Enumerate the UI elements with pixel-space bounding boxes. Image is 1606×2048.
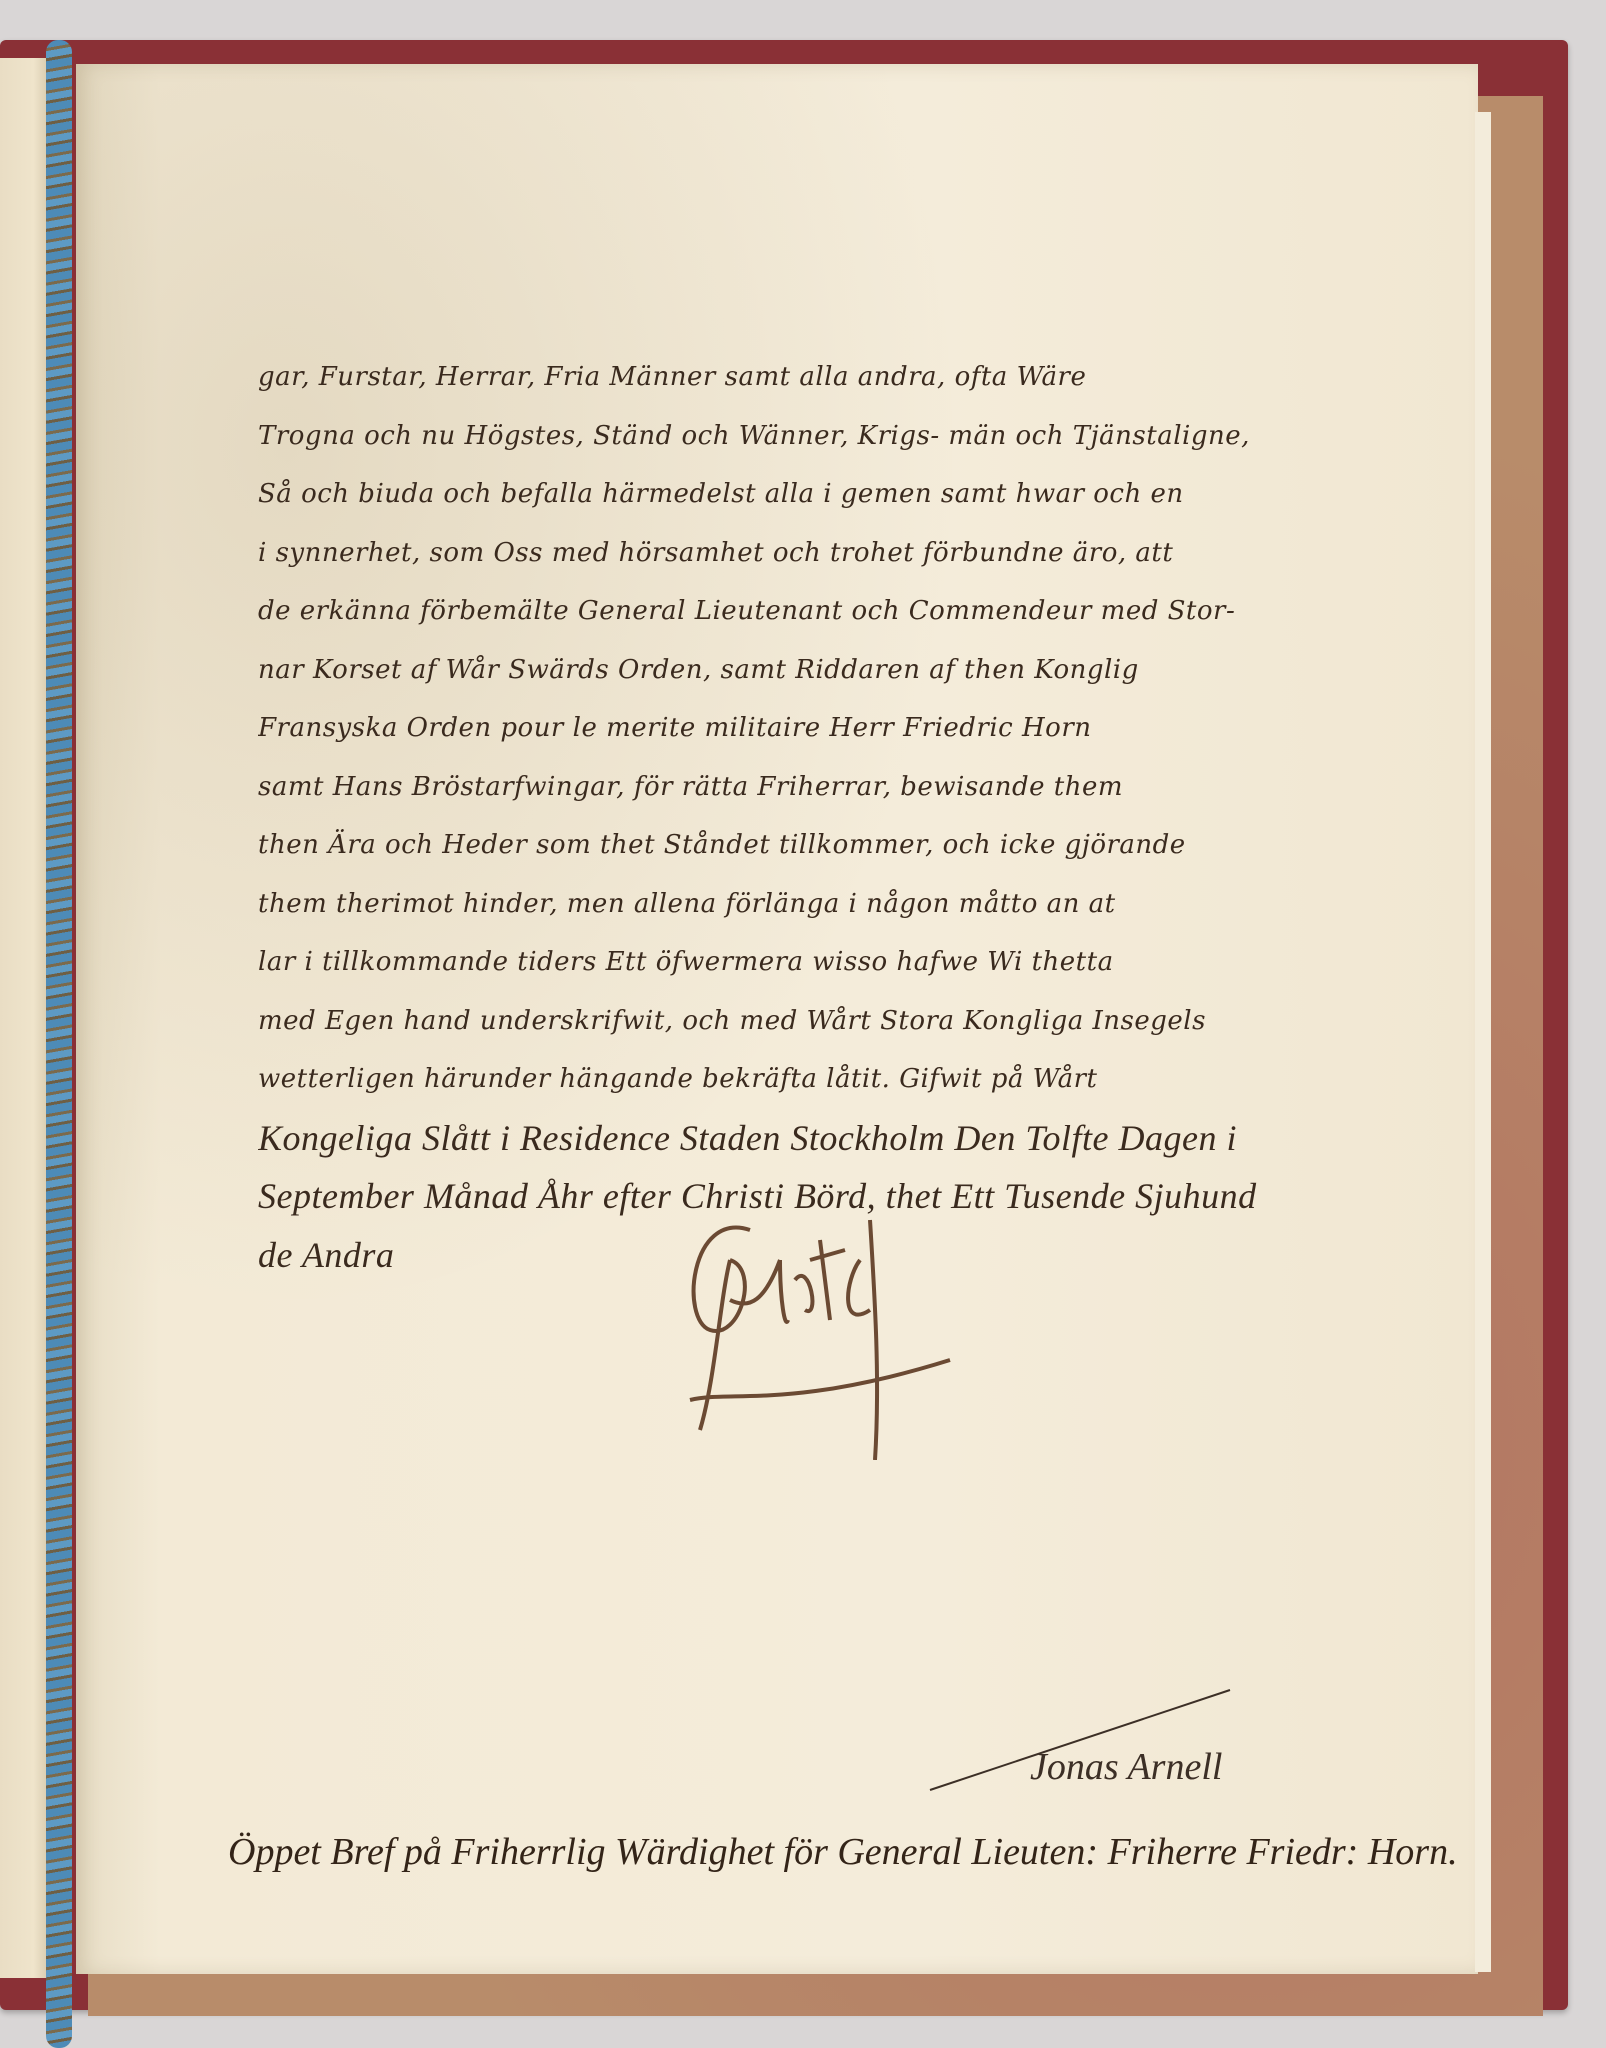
body-line: Fransyska Orden pour le merite militaire… xyxy=(258,699,1258,758)
body-line: then Ära och Heder som thet Ståndet till… xyxy=(258,816,1258,875)
body-line: them therimot hinder, men allena förläng… xyxy=(258,875,1258,934)
countersignature: Jonas Arnell xyxy=(1030,1745,1222,1789)
footer-caption: Öppet Bref på Friherrlig Wärdighet för G… xyxy=(228,1830,1458,1874)
body-line: gar, Furstar, Herrar, Fria Männer samt a… xyxy=(258,348,1258,407)
left-page-edge xyxy=(0,58,48,1978)
body-line: nar Korset af Wår Swärds Orden, samt Rid… xyxy=(258,641,1258,700)
document-body: gar, Furstar, Herrar, Fria Männer samt a… xyxy=(258,348,1258,1284)
body-line: lar i tillkommande tiders Ett öfwermera … xyxy=(258,933,1258,992)
body-line: wetterligen härunder hängande bekräfta l… xyxy=(258,1050,1258,1109)
body-line: Så och biuda och befalla härmedelst alla… xyxy=(258,465,1258,524)
body-line: med Egen hand underskrifwit, och med Wår… xyxy=(258,992,1258,1051)
body-line: de erkänna förbemälte General Lieutenant… xyxy=(258,582,1258,641)
page-margin-edge xyxy=(1475,112,1491,1972)
body-line: i synnerhet, som Oss med hörsamhet och t… xyxy=(258,524,1258,583)
body-line-ornate: Kongeliga Slått i Residence Staden Stock… xyxy=(258,1109,1258,1168)
body-line: samt Hans Bröstarfwingar, för rätta Frih… xyxy=(258,758,1258,817)
body-line: Trogna och nu Högstes, Ständ och Wänner,… xyxy=(258,407,1258,466)
binding-cord xyxy=(46,40,72,2048)
